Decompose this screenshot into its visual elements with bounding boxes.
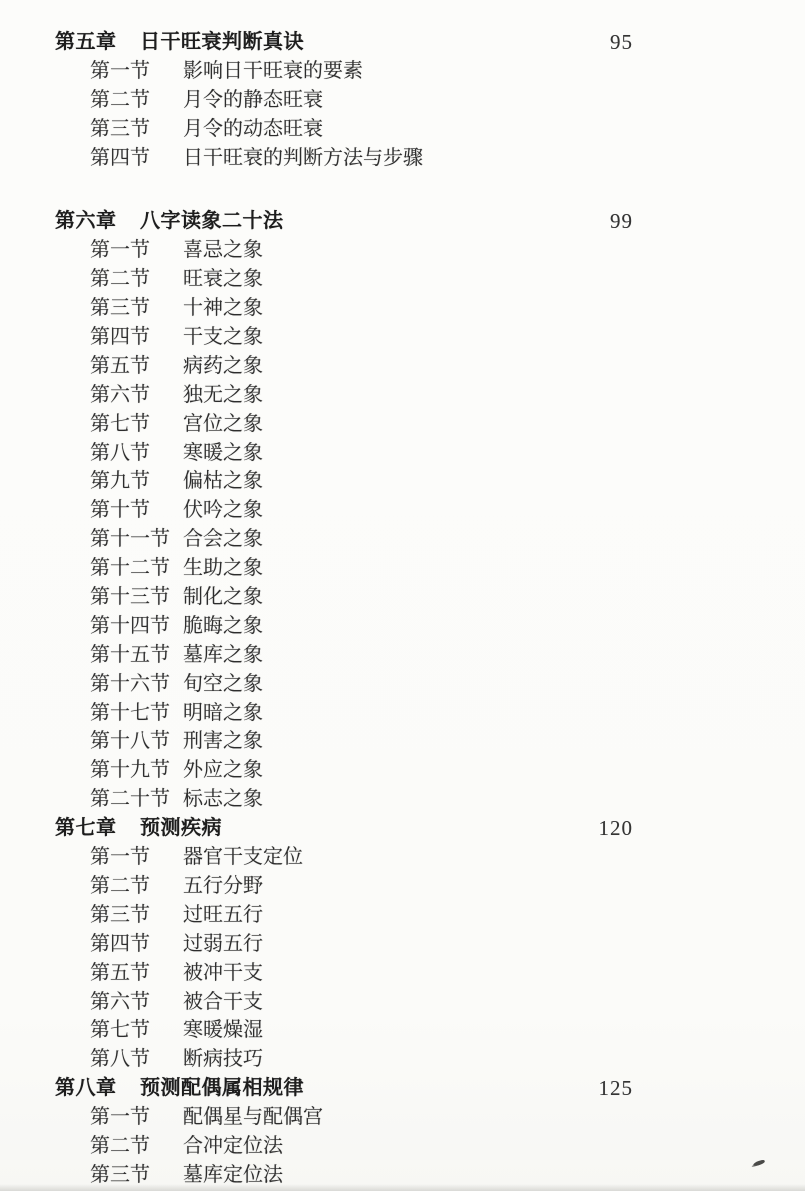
- section-number-label: 第二节: [90, 86, 183, 115]
- section-number-label: 第三节: [90, 294, 183, 323]
- toc-section-row: 第四节日干旺衰的判断方法与步骤: [0, 144, 805, 173]
- section-title: 制化之象: [183, 586, 263, 608]
- section-number-label: 第一节: [90, 57, 183, 86]
- section-title: 外应之象: [183, 759, 263, 781]
- chapter-title: 预测疾病: [140, 817, 222, 839]
- toc-chapter-row: 第六章八字读象二十法99: [0, 207, 805, 236]
- toc-chapter-row: 第七章预测疾病120: [0, 814, 805, 843]
- toc-section-row: 第一节影响日干旺衰的要素: [0, 57, 805, 86]
- section-title: 墓库之象: [183, 644, 263, 666]
- toc-section-row: 第三节过旺五行: [0, 901, 805, 930]
- toc-section-row: 第五节被冲干支: [0, 959, 805, 988]
- toc-section-row: 第三节月令的动态旺衰: [0, 115, 805, 144]
- section-number-label: 第六节: [90, 988, 183, 1017]
- section-title: 伏吟之象: [183, 499, 263, 521]
- toc-section-row: 第十一节合会之象: [0, 525, 805, 554]
- section-title: 影响日干旺衰的要素: [183, 60, 363, 82]
- section-title: 配偶星与配偶宫: [183, 1106, 323, 1128]
- toc-section-row: 第十九节外应之象: [0, 756, 805, 785]
- section-number-label: 第十八节: [90, 727, 183, 756]
- section-number-label: 第一节: [90, 843, 183, 872]
- chapter-number-label: 第五章: [55, 28, 140, 57]
- section-title: 宫位之象: [183, 413, 263, 435]
- chapter-page-number: 99: [610, 207, 633, 236]
- section-number-label: 第十二节: [90, 554, 183, 583]
- section-number-label: 第三节: [90, 115, 183, 144]
- toc-section-row: 第一节配偶星与配偶宫: [0, 1103, 805, 1132]
- chapter-page-number: 95: [610, 28, 633, 57]
- toc-section-row: 第十七节明暗之象: [0, 699, 805, 728]
- section-title: 独无之象: [183, 384, 263, 406]
- toc-section-row: 第五节病药之象: [0, 352, 805, 381]
- toc-section-row: 第七节宫位之象: [0, 410, 805, 439]
- section-number-label: 第七节: [90, 410, 183, 439]
- section-title: 月令的动态旺衰: [183, 118, 323, 140]
- section-number-label: 第四节: [90, 930, 183, 959]
- toc-section-row: 第二节旺衰之象: [0, 265, 805, 294]
- section-title: 旺衰之象: [183, 268, 263, 290]
- toc-section-row: 第二节月令的静态旺衰: [0, 86, 805, 115]
- section-title: 寒暖燥湿: [183, 1019, 263, 1041]
- section-number-label: 第十九节: [90, 756, 183, 785]
- toc-section-row: 第一节喜忌之象: [0, 236, 805, 265]
- section-title: 五行分野: [183, 875, 263, 897]
- toc-chapter-row: 第八章预测配偶属相规律125: [0, 1074, 805, 1103]
- chapter-title: 八字读象二十法: [140, 210, 284, 232]
- section-title: 合冲定位法: [183, 1135, 283, 1157]
- toc-section-row: 第八节断病技巧: [0, 1045, 805, 1074]
- chapter-number-label: 第七章: [55, 814, 140, 843]
- section-title: 偏枯之象: [183, 470, 263, 492]
- section-title: 墓库定位法: [183, 1164, 283, 1186]
- section-number-label: 第十五节: [90, 641, 183, 670]
- section-title: 生助之象: [183, 557, 263, 579]
- section-number-label: 第二十节: [90, 785, 183, 814]
- toc-section-row: 第十四节脆晦之象: [0, 612, 805, 641]
- section-number-label: 第三节: [90, 901, 183, 930]
- section-number-label: 第六节: [90, 381, 183, 410]
- toc-section-row: 第四节过弱五行: [0, 930, 805, 959]
- scan-edge-shadow: [0, 1184, 805, 1191]
- section-title: 断病技巧: [183, 1048, 263, 1070]
- toc-section-row: 第六节独无之象: [0, 381, 805, 410]
- section-title: 喜忌之象: [183, 239, 263, 261]
- chapter-page-number: 125: [599, 1074, 634, 1103]
- toc-section-row: 第四节干支之象: [0, 323, 805, 352]
- section-number-label: 第二节: [90, 872, 183, 901]
- toc-section-row: 第二十节标志之象: [0, 785, 805, 814]
- chapter-title: 预测配偶属相规律: [140, 1077, 304, 1099]
- section-title: 寒暖之象: [183, 442, 263, 464]
- section-title: 十神之象: [183, 297, 263, 319]
- toc-section-row: 第二节合冲定位法: [0, 1132, 805, 1161]
- section-number-label: 第十四节: [90, 612, 183, 641]
- section-title: 月令的静态旺衰: [183, 89, 323, 111]
- section-number-label: 第二节: [90, 1132, 183, 1161]
- section-title: 脆晦之象: [183, 615, 263, 637]
- toc-chapter-row: 第五章日干旺衰判断真诀95: [0, 28, 805, 57]
- section-number-label: 第八节: [90, 439, 183, 468]
- section-number-label: 第九节: [90, 467, 183, 496]
- toc-section-row: 第六节被合干支: [0, 988, 805, 1017]
- section-title: 被冲干支: [183, 962, 263, 984]
- section-number-label: 第五节: [90, 352, 183, 381]
- section-title: 明暗之象: [183, 702, 263, 724]
- section-number-label: 第十节: [90, 496, 183, 525]
- chapter-page-number: 120: [599, 814, 634, 843]
- section-title: 标志之象: [183, 788, 263, 810]
- section-title: 干支之象: [183, 326, 263, 348]
- section-title: 刑害之象: [183, 730, 263, 752]
- chapter-number-label: 第六章: [55, 207, 140, 236]
- section-title: 日干旺衰的判断方法与步骤: [183, 147, 423, 169]
- toc-section-row: 第十六节旬空之象: [0, 670, 805, 699]
- toc-section-row: 第九节偏枯之象: [0, 467, 805, 496]
- section-number-label: 第十一节: [90, 525, 183, 554]
- toc-section-row: 第十三节制化之象: [0, 583, 805, 612]
- section-number-label: 第七节: [90, 1016, 183, 1045]
- toc-section-row: 第十节伏吟之象: [0, 496, 805, 525]
- chapter-number-label: 第八章: [55, 1074, 140, 1103]
- section-title: 过弱五行: [183, 933, 263, 955]
- toc-section-row: 第一节器官干支定位: [0, 843, 805, 872]
- toc-section-row: 第三节十神之象: [0, 294, 805, 323]
- section-number-label: 第四节: [90, 144, 183, 173]
- section-number-label: 第四节: [90, 323, 183, 352]
- toc-section-row: 第十八节刑害之象: [0, 727, 805, 756]
- section-title: 病药之象: [183, 355, 263, 377]
- section-number-label: 第一节: [90, 1103, 183, 1132]
- section-title: 被合干支: [183, 991, 263, 1013]
- section-title: 器官干支定位: [183, 846, 303, 868]
- toc-section-row: 第十二节生助之象: [0, 554, 805, 583]
- section-title: 过旺五行: [183, 904, 263, 926]
- toc-section-row: 第二节五行分野: [0, 872, 805, 901]
- section-number-label: 第十六节: [90, 670, 183, 699]
- chapter-title: 日干旺衰判断真诀: [140, 31, 304, 53]
- section-title: 合会之象: [183, 528, 263, 550]
- scanned-toc-page: 第五章日干旺衰判断真诀95第一节影响日干旺衰的要素第二节月令的静态旺衰第三节月令…: [0, 0, 805, 1191]
- section-number-label: 第十三节: [90, 583, 183, 612]
- section-number-label: 第八节: [90, 1045, 183, 1074]
- table-of-contents: 第五章日干旺衰判断真诀95第一节影响日干旺衰的要素第二节月令的静态旺衰第三节月令…: [0, 0, 805, 1190]
- section-number-label: 第五节: [90, 959, 183, 988]
- section-title: 旬空之象: [183, 673, 263, 695]
- section-number-label: 第一节: [90, 236, 183, 265]
- toc-section-row: 第八节寒暖之象: [0, 439, 805, 468]
- section-number-label: 第十七节: [90, 699, 183, 728]
- toc-section-row: 第十五节墓库之象: [0, 641, 805, 670]
- toc-section-row: 第七节寒暖燥湿: [0, 1016, 805, 1045]
- section-number-label: 第二节: [90, 265, 183, 294]
